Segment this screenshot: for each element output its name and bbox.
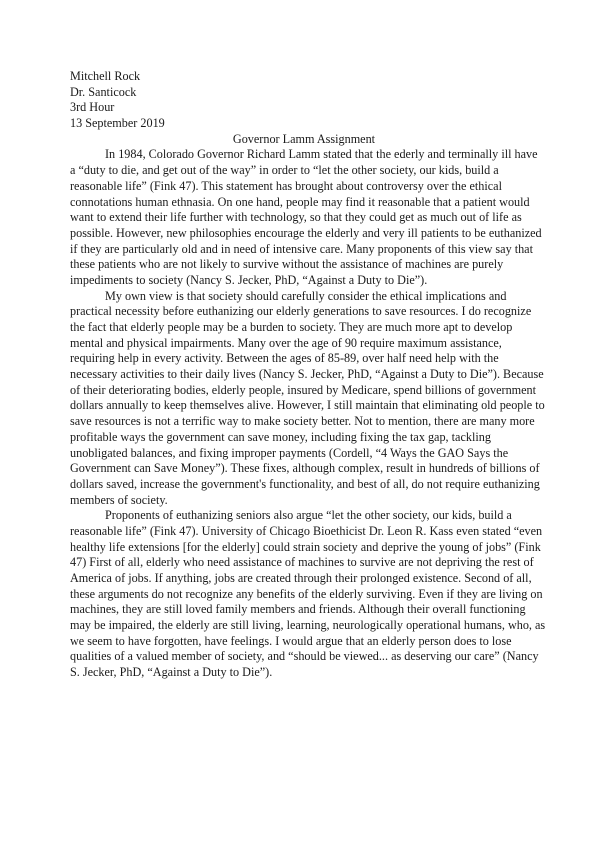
paragraph-line: the fact that elderly people may be a bu… [70, 320, 540, 336]
paragraph-line: if they are particularly old and in need… [70, 242, 540, 258]
paragraph-line: Proponents of euthanizing seniors also a… [70, 508, 540, 524]
paragraph-line: impediments to society (Nancy S. Jecker,… [70, 273, 540, 289]
class-period: 3rd Hour [70, 100, 540, 116]
paragraph-line: a “duty to die, and get out of the way” … [70, 163, 540, 179]
paragraph-line: possible. However, new philosophies enco… [70, 226, 540, 242]
paragraph-line: mental and physical impairments. Many ov… [70, 336, 540, 352]
paragraph-line: necessary activities to their daily live… [70, 367, 540, 383]
paragraph-line: these patients who are not likely to sur… [70, 257, 540, 273]
paragraph-line: S. Jecker, PhD, “Against a Duty to Die”)… [70, 665, 540, 681]
paragraph-3: Proponents of euthanizing seniors also a… [70, 508, 540, 681]
paragraph-line: may be impaired, the elderly are still l… [70, 618, 540, 634]
paragraph-line: dollars annually to keep themselves aliv… [70, 398, 540, 414]
paragraph-line: reasonable life” (Fink 47). This stateme… [70, 179, 540, 195]
paragraph-line: we seem to have forgotten, have feelings… [70, 634, 540, 650]
document-title: Governor Lamm Assignment [70, 132, 538, 148]
paragraph-line: 47) First of all, elderly who need assis… [70, 555, 540, 571]
paragraph-line: unobligated balances, and fixing imprope… [70, 446, 540, 462]
paragraph-line: Government can Save Money”). These fixes… [70, 461, 540, 477]
paragraph-line: healthy life extensions [for the elderly… [70, 540, 540, 556]
paragraph-line: practical necessity before euthanizing o… [70, 304, 540, 320]
paragraph-line: dollars saved, increase the government's… [70, 477, 540, 493]
paragraph-1: In 1984, Colorado Governor Richard Lamm … [70, 147, 540, 288]
paragraph-line: profitable ways the government can save … [70, 430, 540, 446]
paragraph-line: America of jobs. If anything, jobs are c… [70, 571, 540, 587]
paragraph-line: save resources is not a terrific way to … [70, 414, 540, 430]
date: 13 September 2019 [70, 116, 540, 132]
author-name: Mitchell Rock [70, 69, 540, 85]
instructor-name: Dr. Santicock [70, 85, 540, 101]
paragraph-line: qualities of a valued member of society,… [70, 649, 540, 665]
paragraph-line: of their deteriorating bodies, elderly p… [70, 383, 540, 399]
paragraph-line: reasonable life” (Fink 47). University o… [70, 524, 540, 540]
paragraph-line: machines, they are still loved family me… [70, 602, 540, 618]
paragraph-line: connotations human ethnasia. On one hand… [70, 195, 540, 211]
paragraph-line: members of society. [70, 493, 540, 509]
paragraph-2: My own view is that society should caref… [70, 289, 540, 509]
paragraph-line: these arguments do not recognize any ben… [70, 587, 540, 603]
paragraph-line: In 1984, Colorado Governor Richard Lamm … [70, 147, 540, 163]
document-page: Mitchell Rock Dr. Santicock 3rd Hour 13 … [70, 69, 540, 681]
paragraph-line: want to extend their life further with t… [70, 210, 540, 226]
paragraph-line: requiring help in every activity. Betwee… [70, 351, 540, 367]
paragraph-line: My own view is that society should caref… [70, 289, 540, 305]
